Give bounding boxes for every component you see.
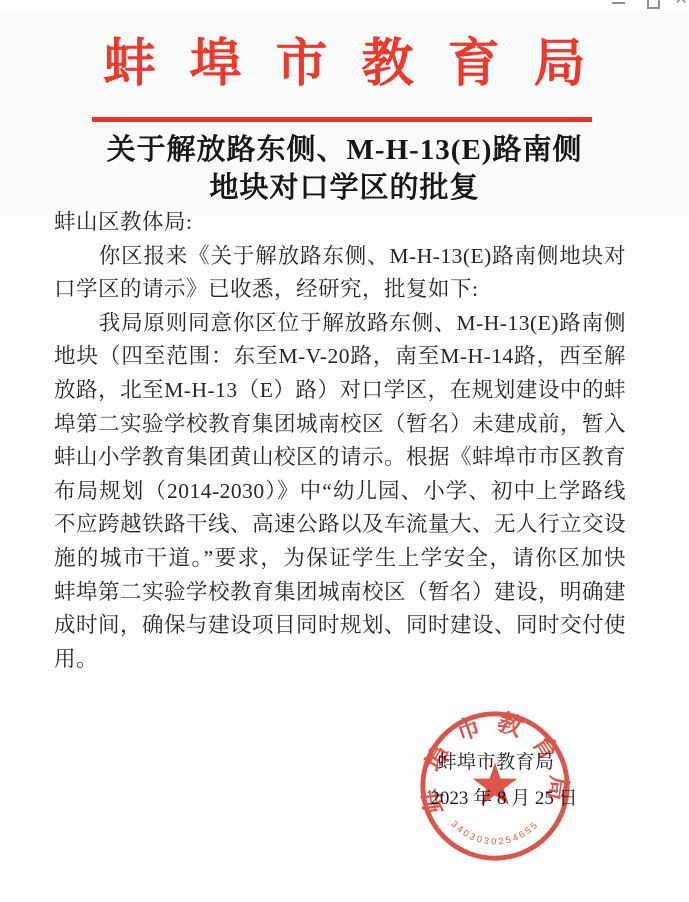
document-title-line2: 地块对口学区的批复 (0, 169, 689, 207)
body-line: 地块（四至范围：东至M-V-20路，南至M-H-14路，西至解 (54, 340, 626, 374)
document-title-line1: 关于解放路东侧、M-H-13(E)路南侧 (0, 131, 689, 169)
maximize-icon[interactable] (647, 0, 660, 9)
body-line: 蚌山小学教育集团黄山校区的请示。根据《蚌埠市市区教育 (54, 441, 626, 475)
body-line: 放路，北至M-H-13（E）路）对口学区，在规划建设中的蚌 (54, 374, 626, 408)
body-line: 施的城市干道。”要求，为保证学生上学安全，请你区加快 (54, 542, 626, 576)
seal-code: 3403030254655 (449, 819, 541, 847)
body-line: 口学区的请示》已收悉，经研究，批复如下: (54, 273, 626, 307)
minimize-icon[interactable] (612, 2, 625, 4)
body-line: 用。 (54, 643, 626, 677)
body-line: 你区报来《关于解放路东侧、M-H-13(E)路南侧地块对 (54, 240, 626, 274)
body-line: 成时间，确保与建设项目同时规划、同时建设、同时交付使 (54, 609, 626, 643)
letterhead-agency-title: 蚌埠市教育局 (17, 34, 689, 96)
document-window: ✕ 蚌埠市教育局 关于解放路东侧、M-H-13(E)路南侧 地块对口学区的批复 … (0, 0, 689, 902)
close-icon[interactable]: ✕ (673, 0, 689, 8)
salutation: 蚌山区教体局: (54, 206, 626, 240)
body-line: 我局原则同意你区位于解放路东侧、M-H-13(E)路南侧 (54, 307, 626, 341)
letterhead-red-rule (92, 117, 592, 122)
body-line: 布局规划（2014-2030）》中“幼儿园、小学、初中上学路线 (54, 475, 626, 509)
signature-date: 2023 年 8 月 25 日 (422, 783, 586, 810)
signature-agency: 蚌埠市教育局 (420, 747, 572, 774)
body-line: 埠第二实验学校教育集团城南校区（暂名）未建成前，暂入 (54, 408, 626, 442)
body-line: 不应跨越铁路干线、高速公路以及车流量大、无人行立交设 (54, 508, 626, 542)
letter-body: 蚌山区教体局: 你区报来《关于解放路东侧、M-H-13(E)路南侧地块对 口学区… (54, 206, 626, 676)
document-title: 关于解放路东侧、M-H-13(E)路南侧 地块对口学区的批复 (0, 131, 689, 207)
body-line: 蚌埠第二实验学校教育集团城南校区（暂名）建设，明确建 (54, 576, 626, 610)
